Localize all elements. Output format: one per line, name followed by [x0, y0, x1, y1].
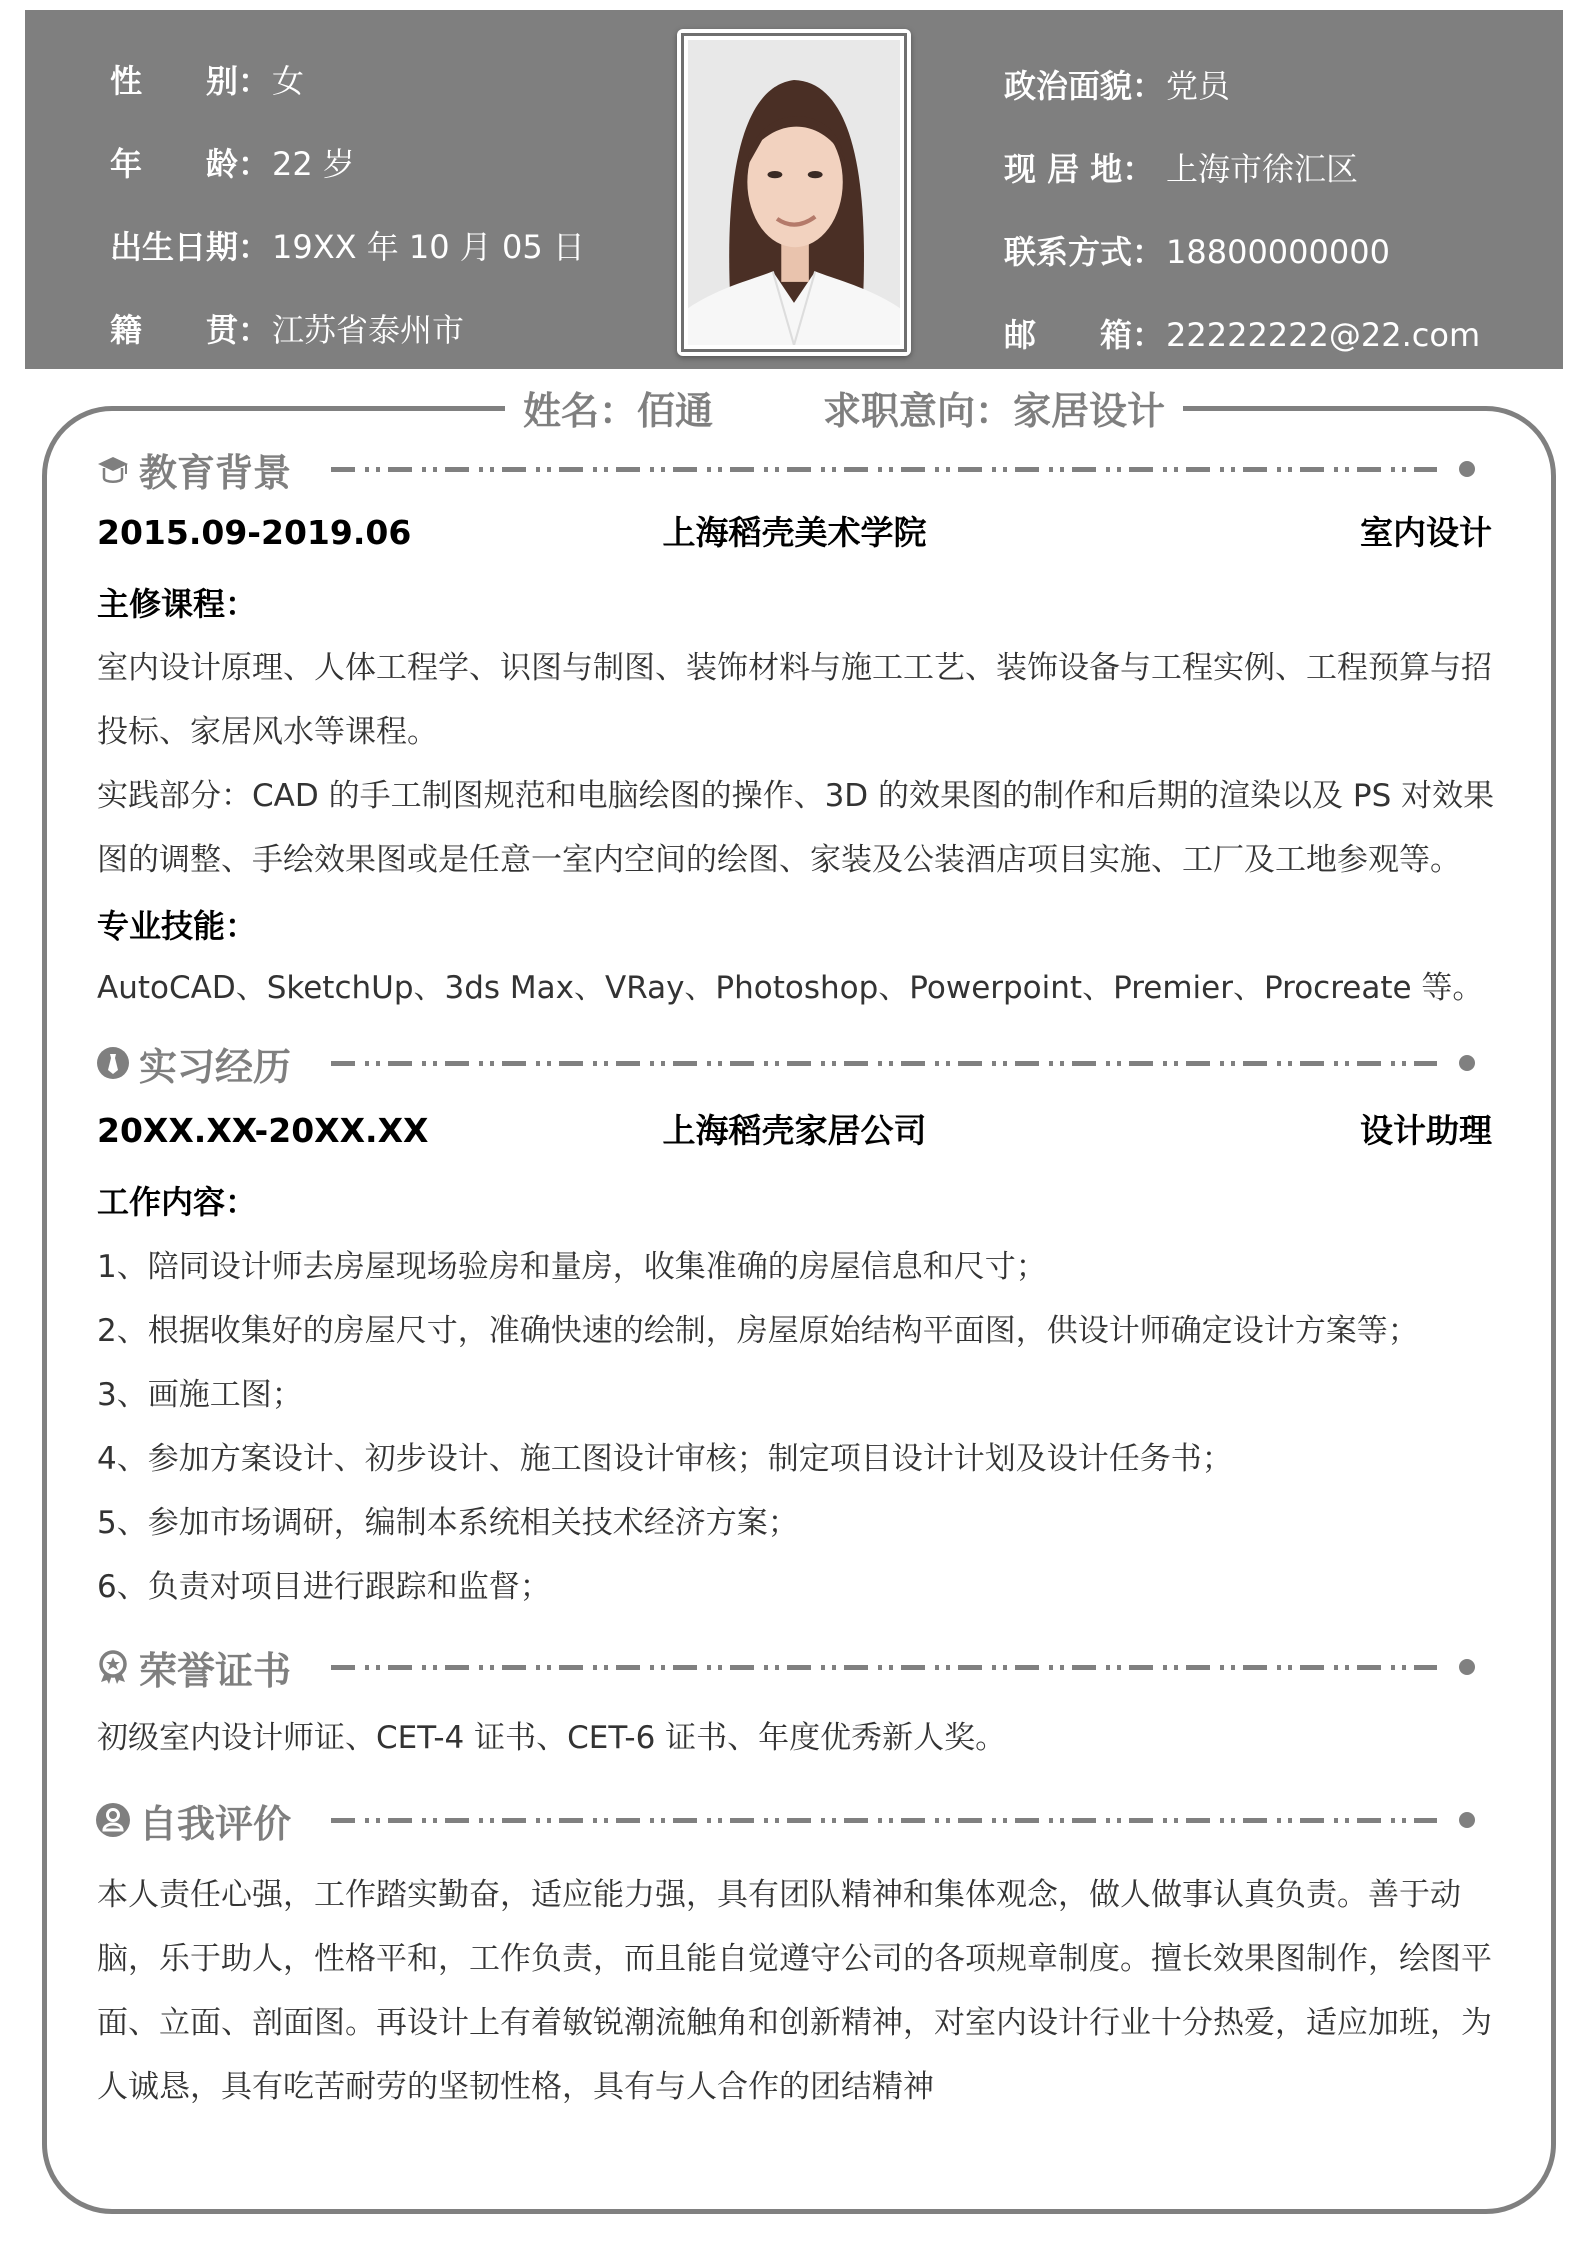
- section-title: 荣誉证书: [139, 1640, 291, 1695]
- divider-dot: [1459, 461, 1475, 477]
- info-label: 联系方式：: [1004, 232, 1166, 272]
- section-title: 自我评价: [139, 1793, 291, 1848]
- section-header-honors: 荣誉证书: [95, 1645, 1475, 1689]
- practice-text: 实践部分：CAD 的手工制图规范和电脑绘图的操作、3D 的效果图的制作和后期的渲…: [97, 764, 1502, 892]
- info-label: 政治面貌：: [1004, 66, 1166, 106]
- info-label: 籍 贯：: [110, 310, 272, 350]
- name-label: 姓名：: [523, 389, 637, 433]
- divider-dot: [1459, 1055, 1475, 1071]
- duty-item: 5、参加市场调研，编制本系统相关技术经济方案；: [97, 1501, 799, 1545]
- info-label: 现 居 地：: [1004, 149, 1166, 189]
- award-ribbon-icon: [95, 1649, 131, 1685]
- profile-photo-frame: [677, 29, 911, 356]
- user-circle-icon: [95, 1802, 131, 1838]
- position: 设计助理: [1360, 1109, 1492, 1153]
- school-name: 上海稻壳美术学院: [97, 511, 1492, 555]
- info-label: 年 龄：: [110, 144, 272, 184]
- tie-icon: [95, 1045, 131, 1081]
- section-header-self-evaluation: 自我评价: [95, 1798, 1475, 1842]
- duties-label: 工作内容：: [97, 1180, 257, 1224]
- section-divider: [331, 1665, 1437, 1670]
- info-value: 党员: [1166, 67, 1230, 105]
- info-label: 邮 箱：: [1004, 315, 1166, 355]
- job-intent: 家居设计: [1013, 389, 1165, 433]
- courses-label: 主修课程：: [97, 582, 257, 626]
- candidate-name: 佰通: [637, 389, 713, 433]
- info-label: 出生日期：: [110, 227, 272, 267]
- section-header-internship: 实习经历: [95, 1041, 1475, 1085]
- duty-item: 3、画施工图；: [97, 1373, 303, 1417]
- honors-text: 初级室内设计师证、CET-4 证书、CET-6 证书、年度优秀新人奖。: [97, 1716, 1006, 1760]
- section-header-education: 教育背景: [95, 447, 1475, 491]
- info-email: 邮 箱：22222222@22.com: [1004, 315, 1480, 355]
- skills-label: 专业技能：: [97, 904, 257, 948]
- info-political-status: 政治面貌：党员: [1004, 66, 1230, 106]
- internship-entry: 20XX.XX-20XX.XX 上海稻壳家居公司 设计助理: [97, 1109, 1492, 1153]
- info-value: 22 岁: [272, 145, 355, 183]
- info-residence: 现 居 地：上海市徐汇区: [1004, 149, 1358, 189]
- duty-item: 1、陪同设计师去房屋现场验房和量房，收集准确的房屋信息和尺寸；: [97, 1245, 1047, 1289]
- info-age: 年 龄：22 岁: [110, 144, 355, 184]
- profile-photo: [688, 40, 900, 345]
- info-value: 上海市徐汇区: [1166, 150, 1358, 188]
- courses-text: 室内设计原理、人体工程学、识图与制图、装饰材料与施工工艺、装饰设备与工程实例、工…: [97, 636, 1502, 764]
- info-value: 18800000000: [1166, 233, 1390, 271]
- duty-item: 4、参加方案设计、初步设计、施工图设计审核；制定项目设计计划及设计任务书；: [97, 1437, 1233, 1481]
- section-divider: [331, 1818, 1437, 1823]
- skills-text: AutoCAD、SketchUp、3ds Max、VRay、Photoshop、…: [97, 966, 1483, 1010]
- info-birthdate: 出生日期：19XX 年 10 月 05 日: [110, 227, 585, 267]
- section-divider: [331, 1061, 1437, 1066]
- divider-dot: [1459, 1812, 1475, 1828]
- section-divider: [331, 467, 1437, 472]
- education-entry: 2015.09-2019.06 上海稻壳美术学院 室内设计: [97, 511, 1492, 555]
- duty-item: 6、负责对项目进行跟踪和监督；: [97, 1565, 551, 1609]
- self-evaluation-text: 本人责任心强，工作踏实勤奋，适应能力强，具有团队精神和集体观念，做人做事认真负责…: [97, 1863, 1497, 2119]
- section-title: 实习经历: [139, 1036, 291, 1091]
- duty-item: 2、根据收集好的房屋尺寸，准确快速的绘制，房屋原始结构平面图，供设计师确定设计方…: [97, 1309, 1419, 1353]
- section-title: 教育背景: [139, 442, 291, 497]
- info-value: 女: [272, 62, 304, 100]
- divider-dot: [1459, 1659, 1475, 1675]
- info-hometown: 籍 贯：江苏省泰州市: [110, 310, 464, 350]
- graduation-cap-icon: [95, 451, 131, 487]
- info-phone: 联系方式：18800000000: [1004, 232, 1390, 272]
- info-value: 22222222@22.com: [1166, 316, 1480, 354]
- company-name: 上海稻壳家居公司: [97, 1109, 1492, 1153]
- info-label: 性 别：: [110, 61, 272, 101]
- info-value: 江苏省泰州市: [272, 311, 464, 349]
- intent-label: 求职意向：: [823, 389, 1013, 433]
- info-gender: 性 别：女: [110, 61, 304, 101]
- title-bar: 姓名：佰通求职意向：家居设计: [505, 386, 1183, 436]
- major: 室内设计: [1360, 511, 1492, 555]
- info-value: 19XX 年 10 月 05 日: [272, 228, 585, 266]
